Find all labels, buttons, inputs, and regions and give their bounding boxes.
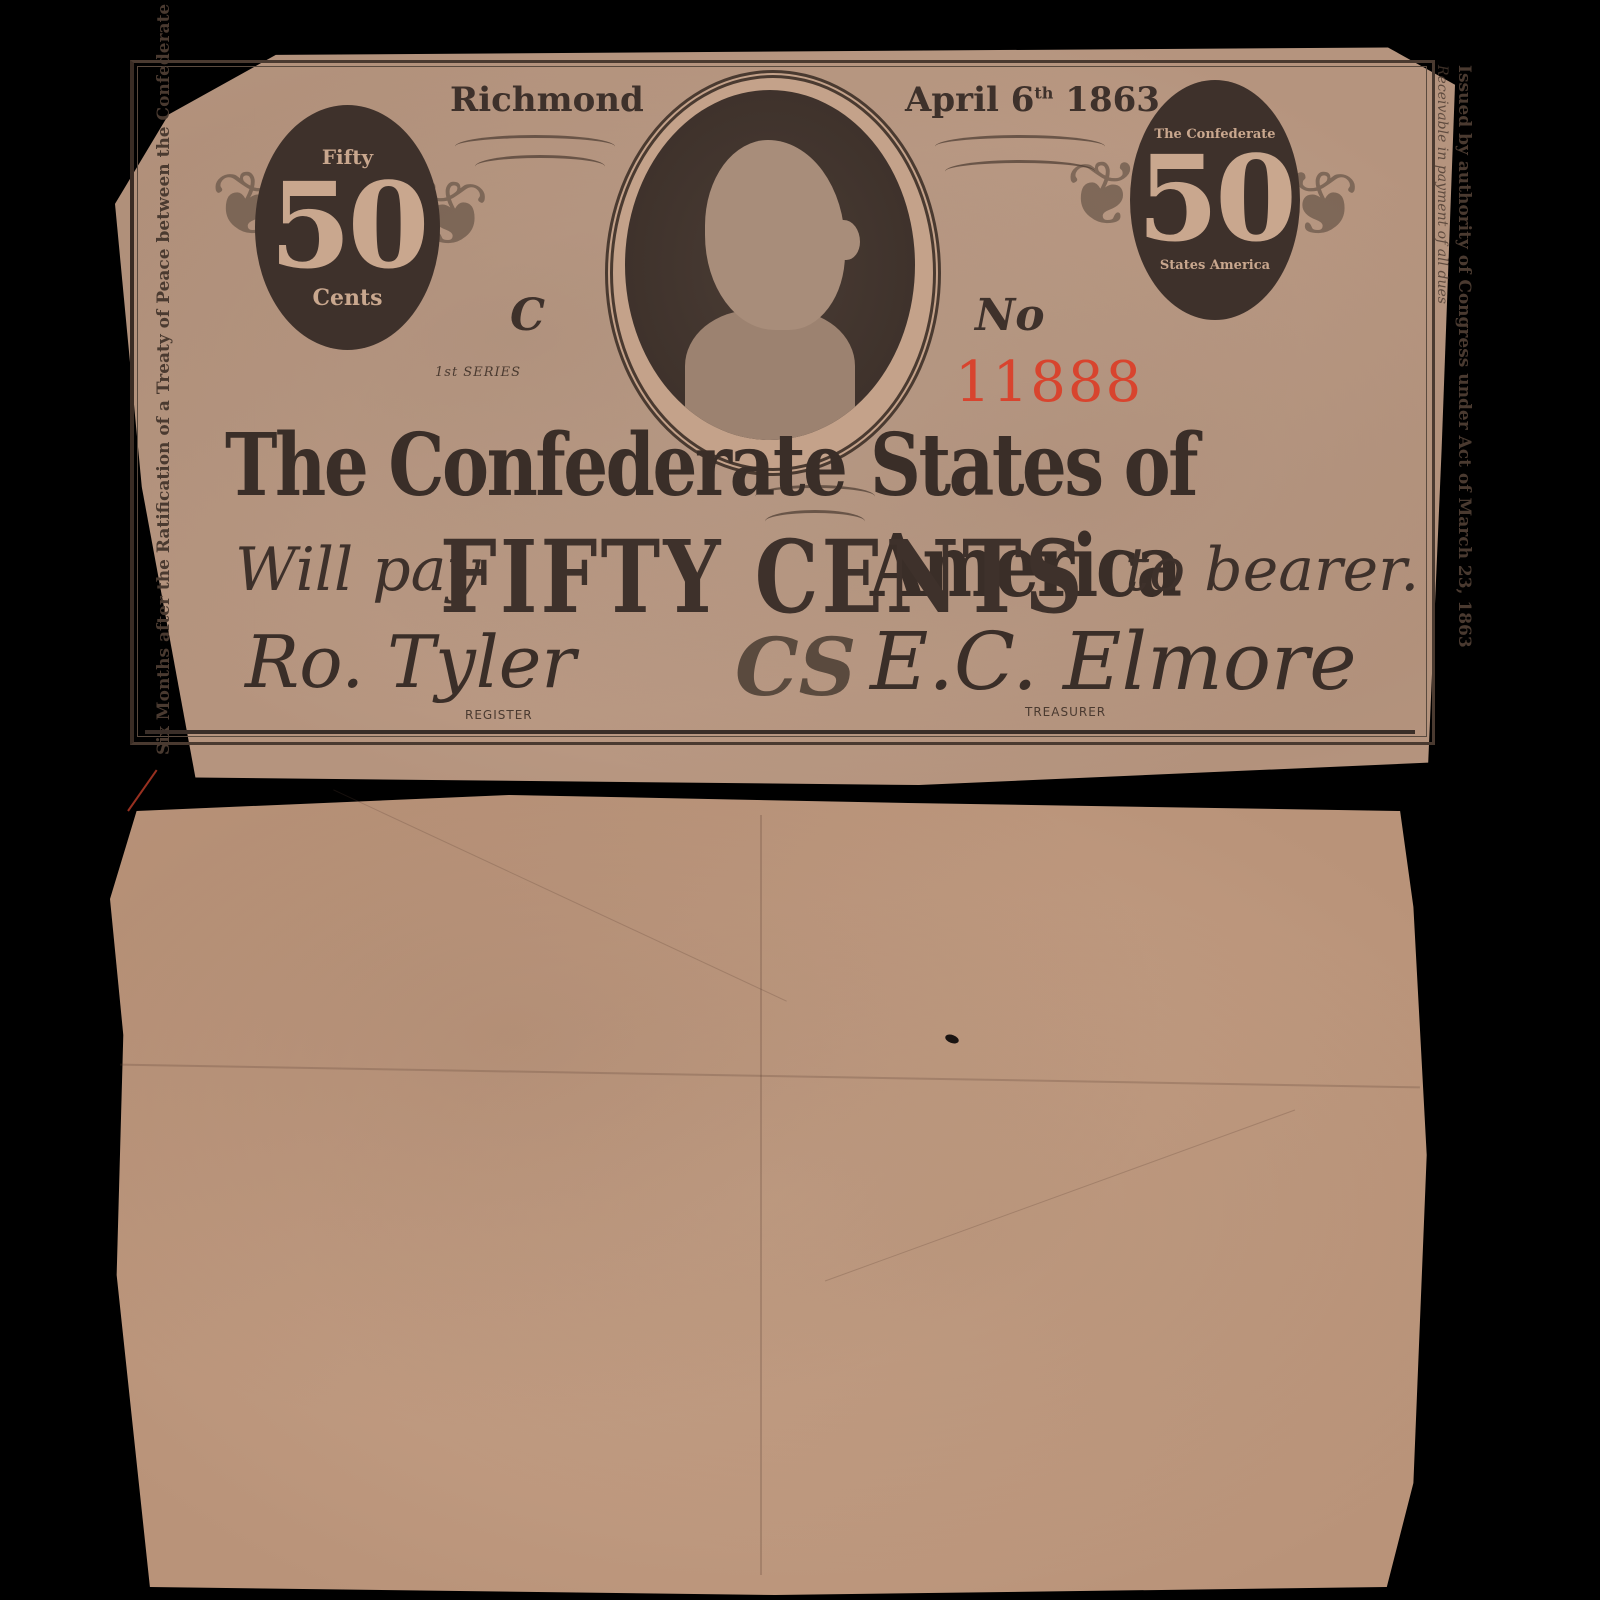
- bottom-rule: [145, 730, 1415, 734]
- oval-left-value: 50: [269, 167, 425, 285]
- serial-number: 11888: [955, 350, 1143, 415]
- ornament-line: [945, 160, 1095, 183]
- ornament-line: [475, 155, 605, 178]
- role-treasurer: TREASURER: [1025, 705, 1106, 719]
- denomination-oval-left: Fifty 50 Cents: [255, 105, 440, 350]
- portrait-profile: [830, 220, 860, 260]
- promise-suffix: to bearer.: [1125, 535, 1419, 605]
- signature-register: Ro. Tyler: [245, 620, 576, 704]
- right-margin-main: Issued by authority of Congress under Ac…: [1453, 65, 1475, 648]
- oval-left-bottom: Cents: [312, 285, 382, 311]
- cs-monogram: CS: [735, 620, 856, 714]
- issue-date: April 6th 1863: [905, 80, 1160, 120]
- oval-right-bottom: States America: [1160, 258, 1270, 273]
- oval-right-value: 50: [1137, 140, 1293, 258]
- right-margin-sub: Receivable in payment of all dues: [1431, 65, 1453, 648]
- signature-treasurer: E.C. Elmore: [870, 615, 1357, 708]
- ornament-line: [935, 135, 1105, 158]
- plate-letter: C: [510, 290, 545, 341]
- series-label: 1st SERIES: [435, 365, 521, 380]
- portrait-head: [705, 140, 845, 330]
- fold-crease: [760, 815, 762, 1575]
- paper-texture: [110, 795, 1440, 1595]
- title-confederate: The Confederate: [225, 415, 845, 516]
- banknote-front: Six Months after the Ratification of a T…: [115, 40, 1455, 785]
- banknote-back: [110, 795, 1440, 1595]
- right-margin-text: Issued by authority of Congress under Ac…: [1431, 65, 1475, 648]
- date-year: 1863: [1065, 80, 1160, 120]
- portrait-vignette: [625, 90, 915, 440]
- number-label: No: [975, 290, 1045, 341]
- date-ordinal: th: [1034, 84, 1053, 103]
- city-name: Richmond: [450, 80, 644, 120]
- role-register: REGISTER: [465, 708, 533, 722]
- date-day: April 6: [905, 80, 1034, 120]
- left-margin-text: Six Months after the Ratification of a T…: [153, 0, 175, 755]
